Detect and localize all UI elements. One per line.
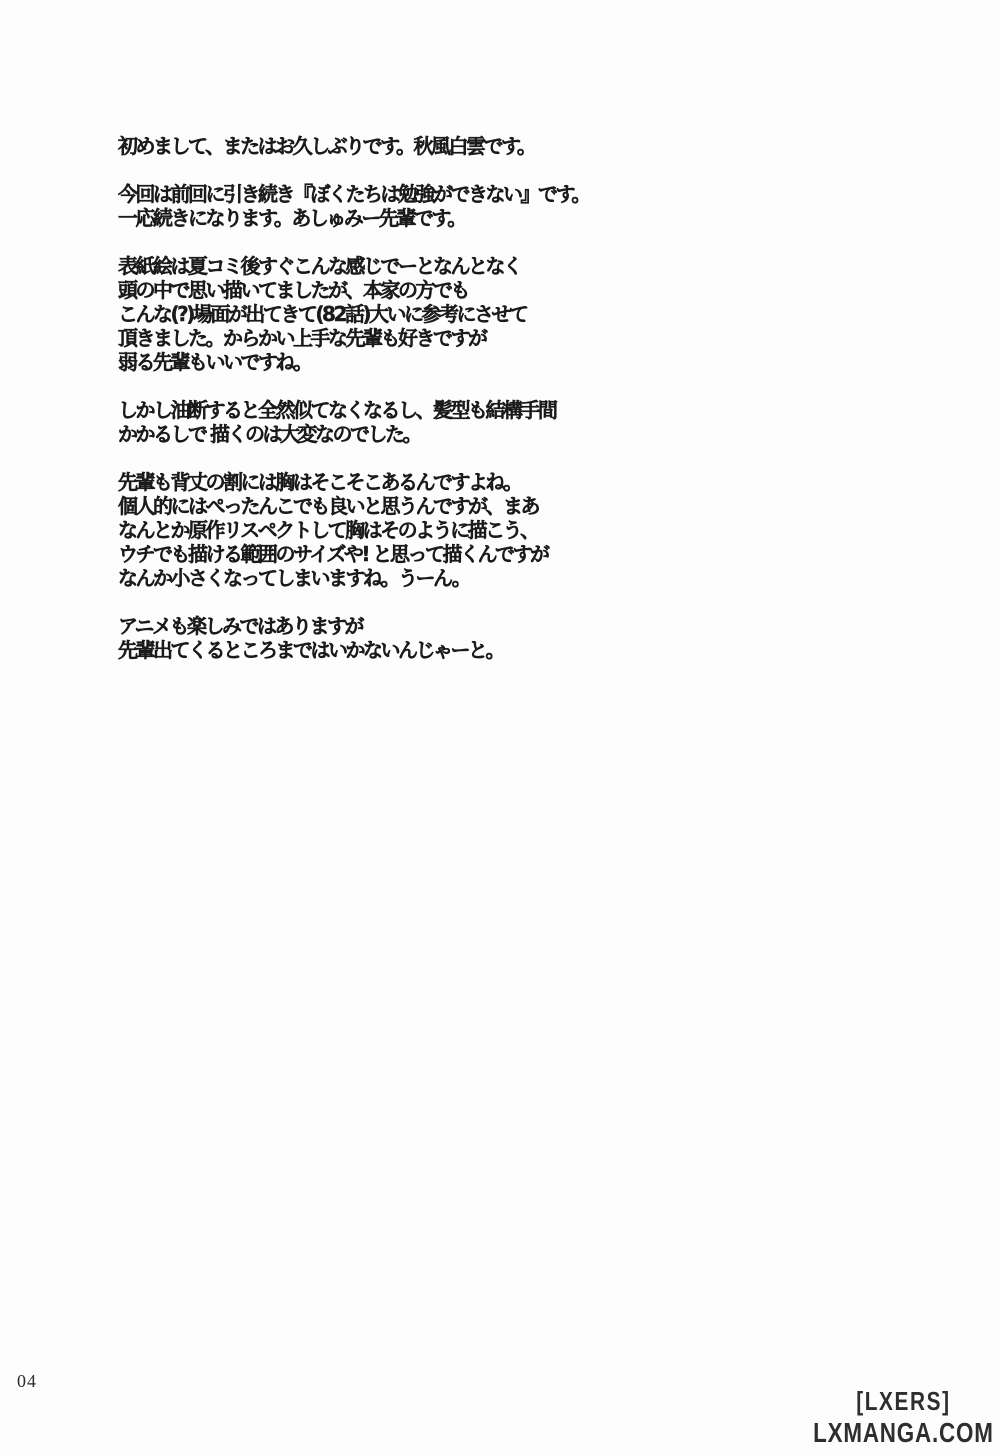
watermark: [LXERS] LXMANGA.COM — [813, 1386, 994, 1448]
text-line: こんな(?)場面が出てきて(82話)大いに参考にさせて — [118, 302, 678, 326]
paragraph-anime: アニメも楽しみではありますが 先輩出てくるところまではいかないんじゃーと。 — [118, 614, 678, 662]
text-line: なんか小さくなってしまいますね。うーん。 — [118, 566, 678, 590]
watermark-group-tag: [LXERS] — [813, 1386, 994, 1417]
text-line: 個人的にはぺったんこでも良いと思うんですが、まあ — [118, 494, 678, 518]
text-line: 一応続きになります。あしゅみー先輩です。 — [118, 206, 678, 230]
text-line: 今回は前回に引き続き『ぼくたちは勉強ができない』です。 — [118, 182, 678, 206]
afterword-text-block: 初めまして、またはお久しぶりです。秋風白雲です。 今回は前回に引き続き『ぼくたち… — [118, 134, 678, 686]
text-line: 頭の中で思い描いてましたが、本家の方でも — [118, 278, 678, 302]
scanned-page: 初めまして、またはお久しぶりです。秋風白雲です。 今回は前回に引き続き『ぼくたち… — [0, 0, 1000, 1456]
paragraph-series-intro: 今回は前回に引き続き『ぼくたちは勉強ができない』です。 一応続きになります。あし… — [118, 182, 678, 230]
text-line: 先輩出てくるところまではいかないんじゃーと。 — [118, 638, 678, 662]
paragraph-greeting: 初めまして、またはお久しぶりです。秋風白雲です。 — [118, 134, 678, 158]
text-line: 頂きました。からかい上手な先輩も好きですが — [118, 326, 678, 350]
text-line: ウチでも描ける範囲のサイズや! と思って描くんですが — [118, 542, 678, 566]
text-line: なんとか原作リスペクトして胸はそのように描こう、 — [118, 518, 678, 542]
watermark-site-url: LXMANGA.COM — [813, 1417, 994, 1448]
paragraph-drawing-difficulty: しかし油断すると全然似てなくなるし、髪型も結構手間 かかるしで 描くのは大変なの… — [118, 398, 678, 446]
page-number: 04 — [17, 1371, 37, 1391]
text-line: 先輩も背丈の割には胸はそこそこあるんですよね。 — [118, 470, 678, 494]
text-line: しかし油断すると全然似てなくなるし、髪型も結構手間 — [118, 398, 678, 422]
text-line: かかるしで 描くのは大変なのでした。 — [118, 422, 678, 446]
paragraph-cover-art: 表紙絵は夏コミ後すぐこんな感じでーとなんとなく 頭の中で思い描いてましたが、本家… — [118, 254, 678, 374]
text-line: 弱る先輩もいいですね。 — [118, 350, 678, 374]
text-line: アニメも楽しみではありますが — [118, 614, 678, 638]
text-line: 初めまして、またはお久しぶりです。秋風白雲です。 — [118, 134, 678, 158]
paragraph-character-design: 先輩も背丈の割には胸はそこそこあるんですよね。 個人的にはぺったんこでも良いと思… — [118, 470, 678, 590]
text-line: 表紙絵は夏コミ後すぐこんな感じでーとなんとなく — [118, 254, 678, 278]
